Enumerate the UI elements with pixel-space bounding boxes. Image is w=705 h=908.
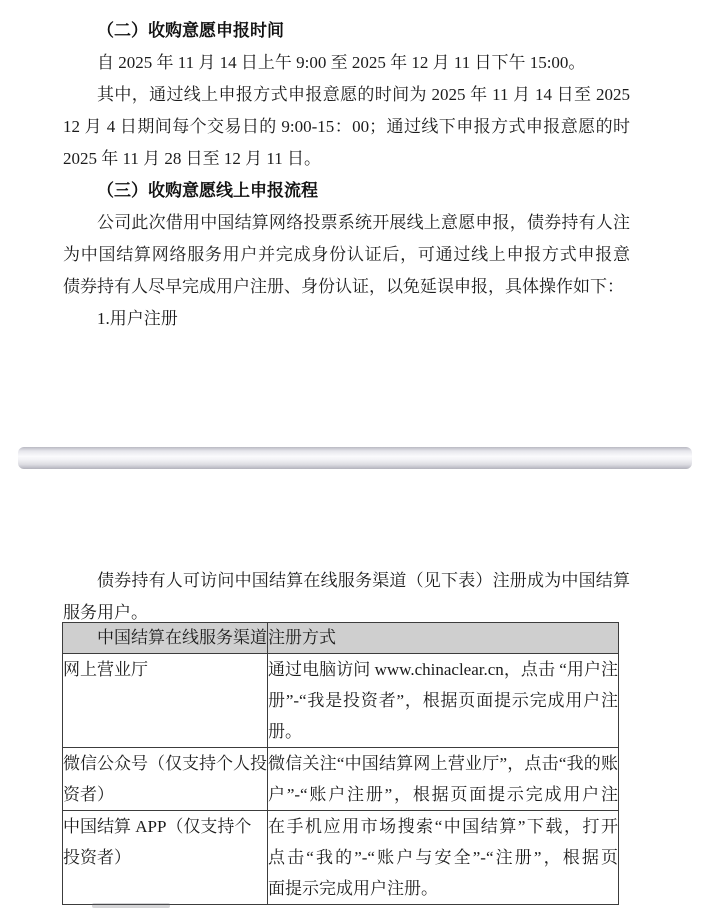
- method-cell: 在手机应用市场搜索“中国结算”下载，打开 APP， 点击“我的”-“账户与安全”…: [268, 811, 619, 905]
- channel-cell: 网上营业厅: [63, 654, 268, 748]
- method-cell-line: 面提示完成用户注册。: [268, 873, 618, 904]
- channel-cell-line: 微信公众号（仅支持个人投: [63, 748, 267, 779]
- table-intro-text-block: 债券持有人可访问中国结算在线服务渠道（见下表）注册成为中国结算网络 服务用户。: [63, 565, 630, 629]
- method-cell-line: 册。: [268, 716, 618, 747]
- table-header-row: 中国结算在线服务渠道 注册方式: [63, 623, 619, 654]
- paragraph-line: 12 月 4 日期间每个交易日的 9:00-15：00；通过线下申报方式申报意愿…: [63, 111, 630, 143]
- paragraph-line: 2025 年 11 月 28 日至 12 月 11 日。: [63, 143, 630, 175]
- method-cell: 通过电脑访问 www.chinaclear.cn，点击 “用户注 册”-“我是投…: [268, 654, 619, 748]
- section-heading-2: （二）收购意愿申报时间: [63, 15, 630, 47]
- paragraph-line: 其中，通过线上申报方式申报意愿的时间为 2025 年 11 月 14 日至 20…: [63, 79, 630, 111]
- clipped-next-line-hint: [92, 903, 170, 908]
- announcement-text-block: （二）收购意愿申报时间 自 2025 年 11 月 14 日上午 9:00 至 …: [63, 15, 630, 335]
- paragraph-line: 债券持有人尽早完成用户注册、身份认证，以免延误申报，具体操作如下：: [63, 271, 630, 303]
- table-row: 微信公众号（仅支持个人投 资者） 微信关注“中国结算网上营业厅”，点击“我的账 …: [63, 748, 619, 811]
- channel-cell: 中国结算 APP（仅支持个人 投资者）: [63, 811, 268, 905]
- method-cell-line: 在手机应用市场搜索“中国结算”下载，打开 APP，: [268, 811, 618, 842]
- method-cell-line: 微信关注“中国结算网上营业厅”，点击“我的账: [268, 748, 618, 779]
- method-cell-line: 册”-“我是投资者”，根据页面提示完成用户注: [268, 685, 618, 716]
- channel-cell-line: 投资者）: [63, 842, 267, 873]
- horizontal-divider-bar: [18, 447, 692, 469]
- method-cell-line: 户”-“账户注册”，根据页面提示完成用户注册。: [268, 779, 618, 810]
- table-row: 中国结算 APP（仅支持个人 投资者） 在手机应用市场搜索“中国结算”下载，打开…: [63, 811, 619, 905]
- paragraph-line: 自 2025 年 11 月 14 日上午 9:00 至 2025 年 12 月 …: [63, 47, 630, 79]
- document-page: （二）收购意愿申报时间 自 2025 年 11 月 14 日上午 9:00 至 …: [0, 0, 705, 908]
- table-header-channel: 中国结算在线服务渠道: [63, 623, 268, 654]
- table-row: 网上营业厅 通过电脑访问 www.chinaclear.cn，点击 “用户注 册…: [63, 654, 619, 748]
- paragraph-line: 债券持有人可访问中国结算在线服务渠道（见下表）注册成为中国结算网络: [63, 565, 630, 597]
- channel-cell-line: 中国结算 APP（仅支持个人: [63, 811, 267, 842]
- method-cell-line: 点击“我的”-“账户与安全”-“注册”，根据页: [268, 842, 618, 873]
- method-cell: 微信关注“中国结算网上营业厅”，点击“我的账 户”-“账户注册”，根据页面提示完…: [268, 748, 619, 811]
- channel-cell-line: 网上营业厅: [63, 654, 267, 685]
- method-cell-line: 通过电脑访问 www.chinaclear.cn，点击 “用户注: [268, 654, 618, 685]
- table-header-method: 注册方式: [268, 623, 619, 654]
- channel-cell: 微信公众号（仅支持个人投 资者）: [63, 748, 268, 811]
- paragraph-line: 为中国结算网络服务用户并完成身份认证后，可通过线上申报方式申报意愿。请: [63, 239, 630, 271]
- channel-cell-line: 资者）: [63, 779, 267, 810]
- paragraph-line: 公司此次借用中国结算网络投票系统开展线上意愿申报，债券持有人注册成: [63, 207, 630, 239]
- section-heading-3: （三）收购意愿线上申报流程: [63, 175, 630, 207]
- list-item-user-registration: 1.用户注册: [63, 303, 630, 335]
- registration-channels-table: 中国结算在线服务渠道 注册方式 网上营业厅 通过电脑访问 www.chinacl…: [62, 622, 619, 905]
